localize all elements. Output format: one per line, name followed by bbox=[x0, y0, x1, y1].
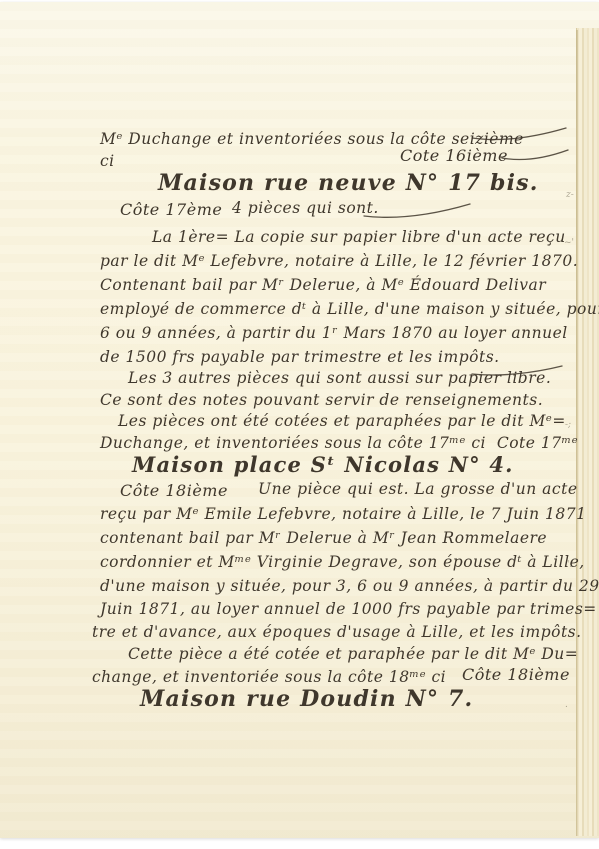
manuscript-line: Contenant bail par Mʳ Delerue, à Mᵉ Édou… bbox=[100, 276, 546, 294]
manuscript-line: La 1ère= La copie sur papier libre d'un … bbox=[152, 228, 566, 246]
manuscript-line: Duchange, et inventoriées sous la côte 1… bbox=[100, 434, 578, 452]
manuscript-line: d'une maison y située, pour 3, 6 ou 9 an… bbox=[100, 577, 599, 595]
cote-18-repeat-label: Côte 18ième bbox=[462, 665, 570, 684]
manuscript-line: 4 pièces qui sont. bbox=[232, 199, 379, 217]
manuscript-line: reçu par Mᵉ Emile Lefebvre, notaire à Li… bbox=[100, 505, 586, 523]
cote-18-label: Côte 18ième bbox=[120, 481, 228, 500]
manuscript-line: cordonnier et Mᵐᵉ Virginie Degrave, son … bbox=[100, 553, 585, 571]
manuscript-line: Les 3 autres pièces qui sont aussi sur p… bbox=[128, 369, 551, 387]
manuscript-line: 6 ou 9 années, à partir du 1ʳ Mars 1870 … bbox=[100, 324, 568, 342]
manuscript-line: ci bbox=[100, 152, 115, 170]
margin-mark: . bbox=[565, 700, 568, 710]
manuscript-line: par le dit Mᵉ Lefebvre, notaire à Lille,… bbox=[100, 252, 578, 270]
manuscript-line: contenant bail par Mʳ Delerue à Mʳ Jean … bbox=[100, 529, 547, 547]
fold-line bbox=[576, 30, 578, 836]
manuscript-line: Cette pièce a été cotée et paraphée par … bbox=[128, 645, 578, 663]
manuscript-line: de 1500 frs payable par trimestre et les… bbox=[100, 348, 500, 366]
cote-17-label: Côte 17ème bbox=[120, 200, 222, 219]
manuscript-line: Une pièce qui est. La grosse d'un acte bbox=[258, 480, 578, 498]
cote-16-label: Cote 16ième bbox=[400, 146, 508, 165]
document-scan: z- ~' , -; ': . Mᵉ Duchange et inventori… bbox=[0, 0, 599, 849]
page-edge-strip bbox=[576, 28, 599, 836]
manuscript-line: Ce sont des notes pouvant servir de rens… bbox=[100, 391, 543, 409]
manuscript-line: Juin 1871, au loyer annuel de 1000 frs p… bbox=[100, 600, 597, 618]
heading-maison-rue-doudin: Maison rue Doudin N° 7. bbox=[140, 686, 473, 712]
manuscript-line: tre et d'avance, aux époques d'usage à L… bbox=[92, 623, 582, 641]
heading-maison-rue-neuve: Maison rue neuve N° 17 bis. bbox=[158, 170, 539, 196]
margin-mark: z- bbox=[566, 190, 574, 200]
manuscript-line: employé de commerce dᵗ à Lille, d'une ma… bbox=[100, 300, 599, 318]
heading-maison-place-st-nicolas: Maison place Sᵗ Nicolas N° 4. bbox=[132, 452, 514, 477]
manuscript-line: Les pièces ont été cotées et paraphées p… bbox=[118, 412, 566, 430]
manuscript-line: change, et inventoriée sous la côte 18ᵐᵉ… bbox=[92, 668, 446, 686]
